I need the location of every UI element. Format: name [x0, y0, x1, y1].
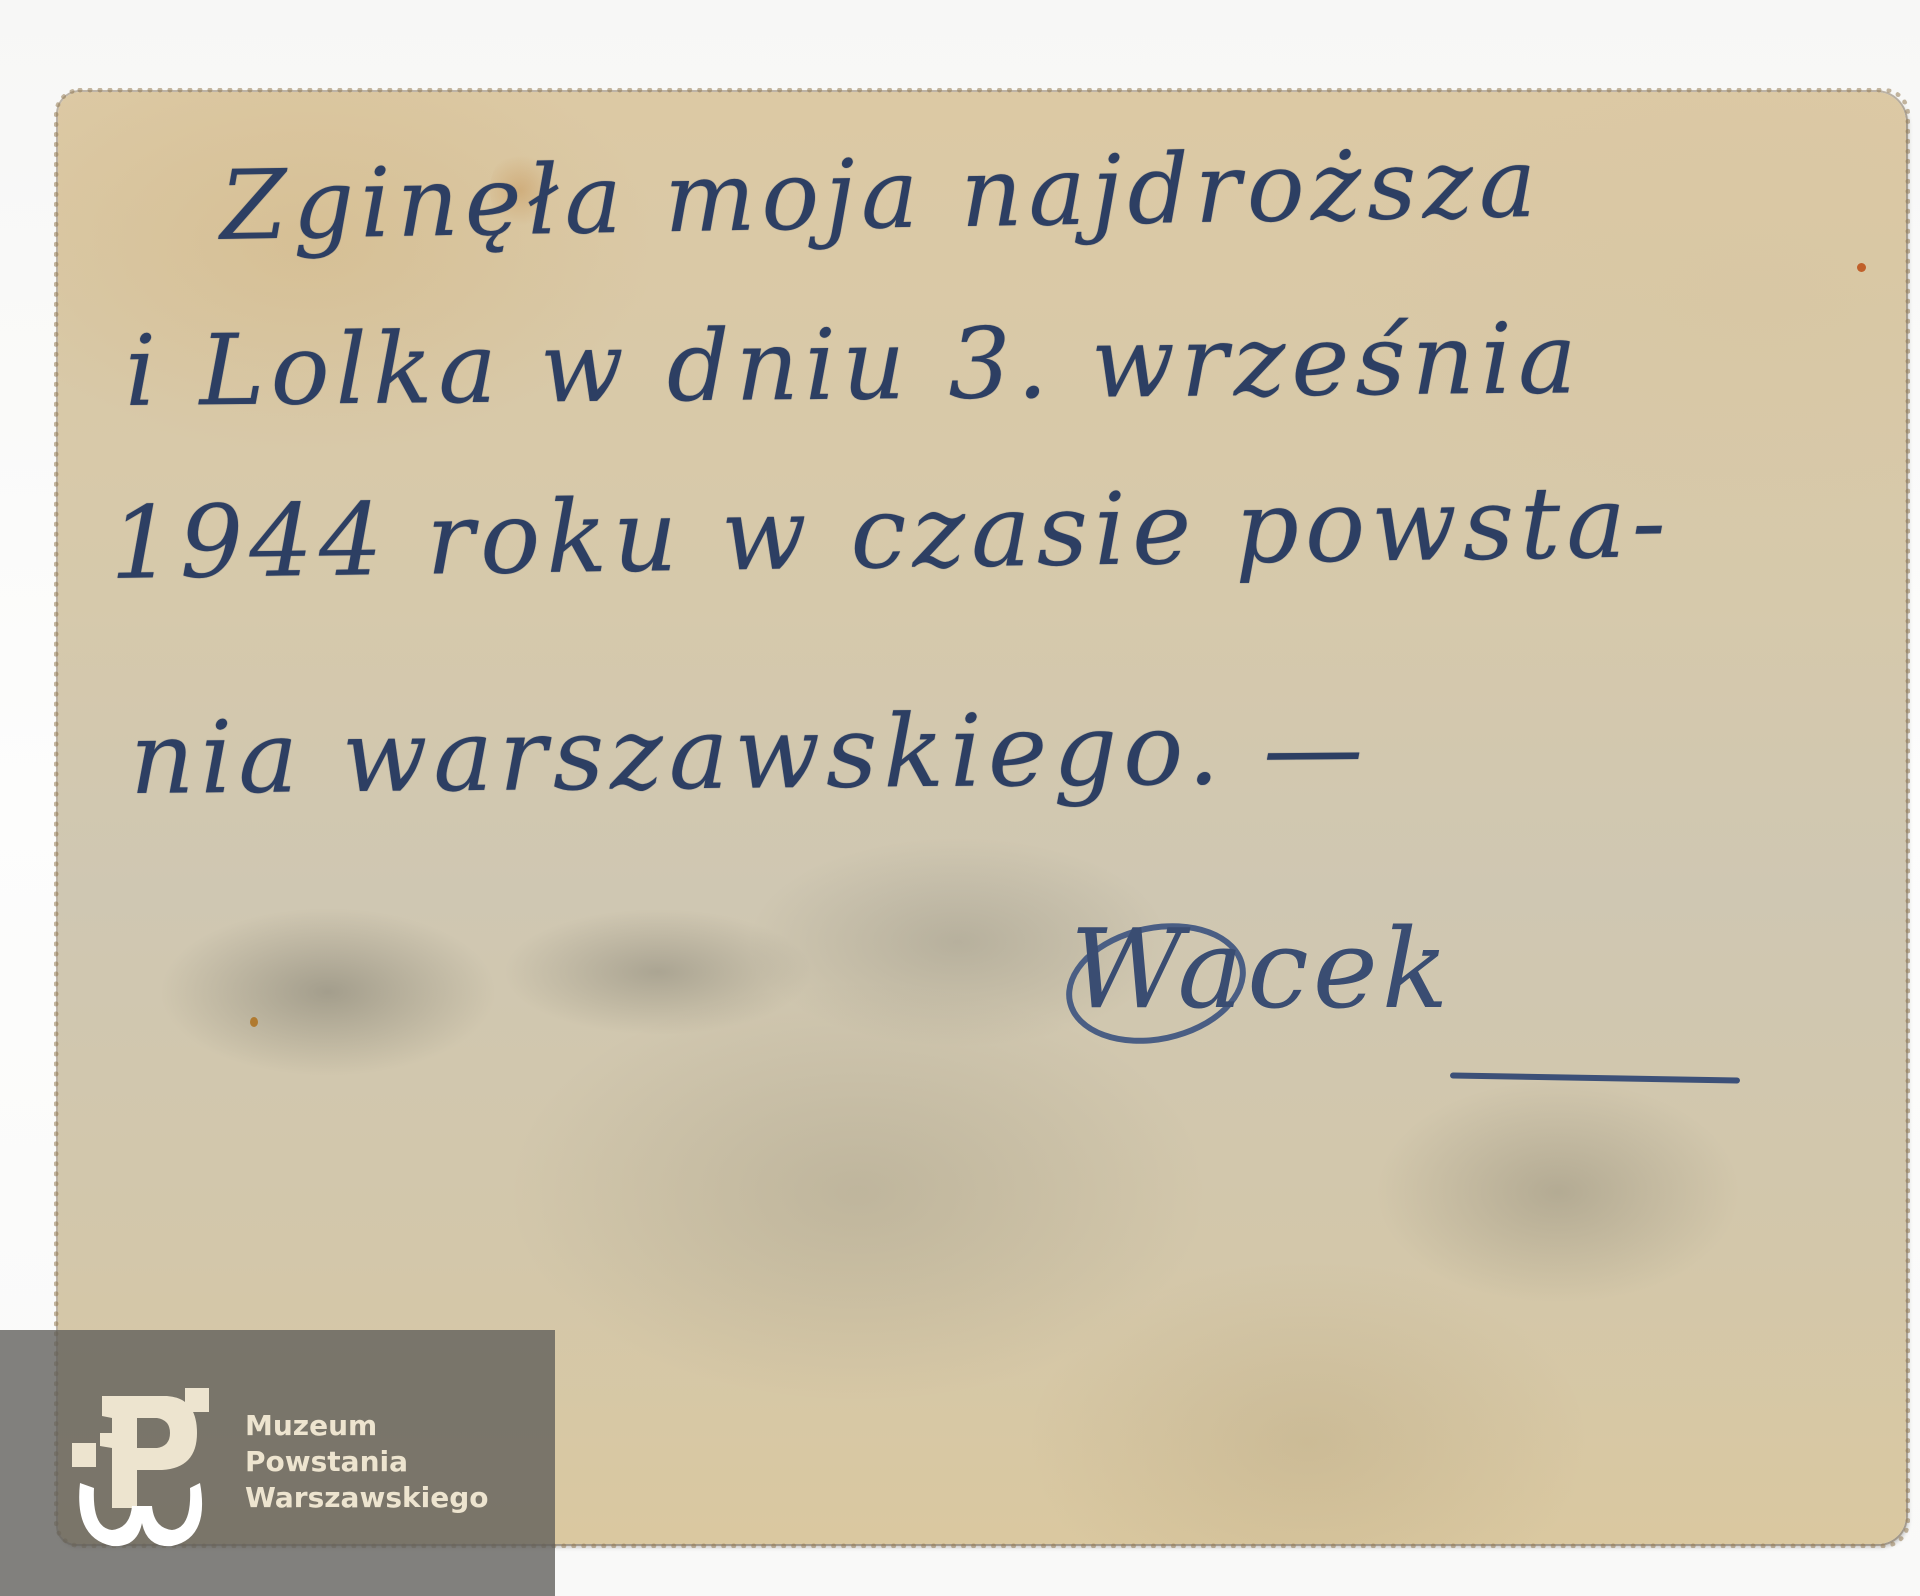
red-dot [1857, 263, 1866, 272]
handwritten-line-3: 1944 roku w czasie powsta- [109, 463, 1672, 602]
handwritten-line-4: nia warszawskiego. — [129, 689, 1369, 817]
museum-watermark: Muzeum Powstania Warszawskiego [0, 1330, 555, 1596]
museum-name: Muzeum Powstania Warszawskiego [245, 1408, 488, 1516]
brown-dot [250, 1017, 258, 1027]
kotwica-anchor-icon [72, 1388, 212, 1548]
handwritten-signature: Wacek [1070, 905, 1452, 1033]
handwritten-line-2: i Lolka w dniu 3. września [125, 302, 1584, 429]
museum-name-line-2: Powstania [245, 1444, 488, 1480]
museum-name-line-3: Warszawskiego [245, 1480, 488, 1516]
handwritten-line-1: Zginęła moja najdroższa [219, 127, 1543, 262]
museum-name-line-1: Muzeum [245, 1408, 488, 1444]
